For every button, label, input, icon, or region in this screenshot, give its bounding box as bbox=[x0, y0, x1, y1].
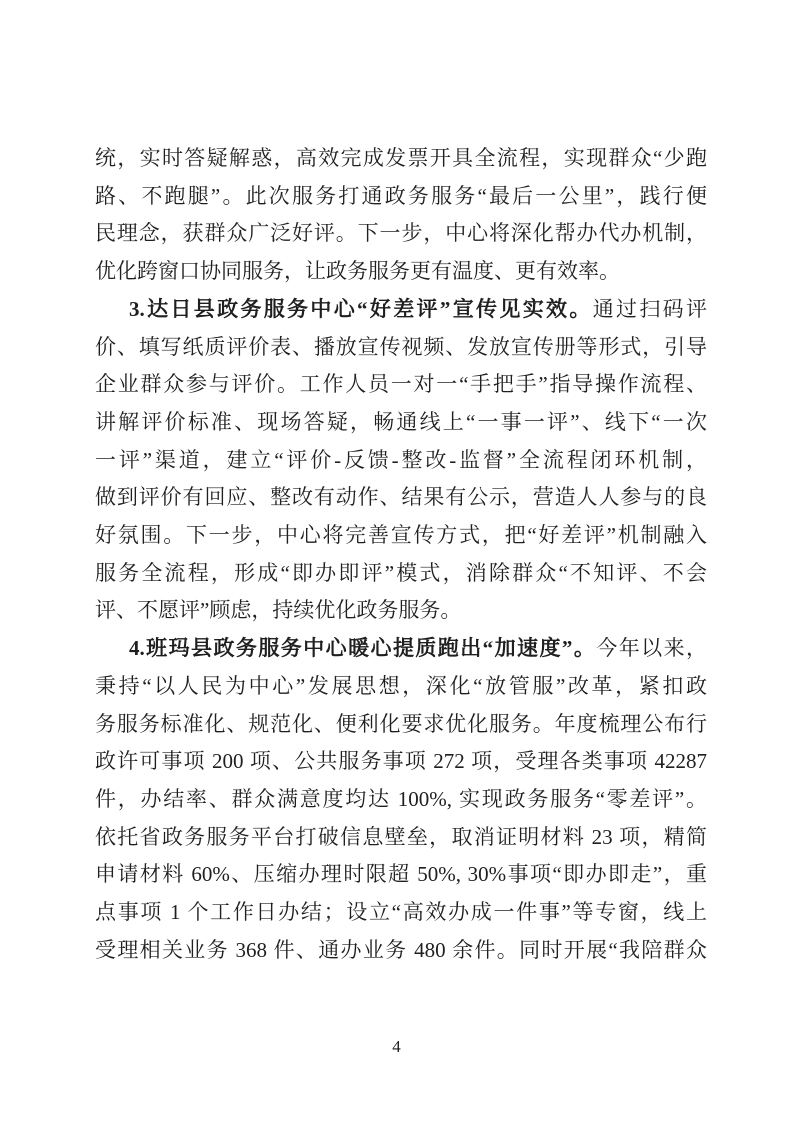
body-text: 好氛围。下一步，中心将完善宣传方式，把“好差评”机制融入 bbox=[95, 523, 707, 547]
body-text: 价、填写纸质评价表、播放宣传视频、发放宣传册等形式，引导 bbox=[95, 335, 707, 359]
body-text: 讲解评价标准、现场答疑，畅通线上“一事一评”、线下“一次 bbox=[95, 410, 707, 434]
paragraph-section-4: 4.班玛县政务服务中心暖心提质跑出“加速度”。今年以来， 秉持“以人民为中心”发… bbox=[95, 630, 707, 969]
text-line: 评、不愿评”顾虑，持续优化政务服务。 bbox=[95, 592, 707, 630]
text-line: 优化跨窗口协同服务，让政务服务更有温度、更有效率。 bbox=[95, 253, 707, 291]
document-page: 统，实时答疑解惑，高效完成发票开具全流程，实现群众“少跑 路、不跑腿”。此次服务… bbox=[0, 0, 793, 1122]
text-line: 政许可事项 200 项、公共服务事项 272 项，受理各类事项 42287 bbox=[95, 743, 707, 781]
body-text: 统，实时答疑解惑，高效完成发票开具全流程，实现群众“少跑 bbox=[95, 146, 707, 170]
text-line: 秉持“以人民为中心”发展思想，深化“放管服”改革，紧扣政 bbox=[95, 668, 707, 706]
body-text: 服务全流程，形成“即办即评”模式，消除群众“不知评、不会 bbox=[95, 561, 707, 585]
text-line: 做到评价有回应、整改有动作、结果有公示，营造人人参与的良 bbox=[95, 479, 707, 517]
text-line: 统，实时答疑解惑，高效完成发票开具全流程，实现群众“少跑 bbox=[95, 140, 707, 178]
body-text: 秉持“以人民为中心”发展思想，深化“放管服”改革，紧扣政 bbox=[95, 674, 707, 698]
text-line: 件，办结率、群众满意度均达 100%, 实现政务服务“零差评”。 bbox=[95, 781, 707, 819]
body-text: 评、不愿评”顾虑，持续优化政务服务。 bbox=[95, 598, 461, 622]
body-text: 企业群众参与评价。工作人员一对一“手把手”指导操作流程、 bbox=[95, 372, 707, 396]
paragraph-section-3: 3.达日县政务服务中心“好差评”宣传见实效。通过扫码评 价、填写纸质评价表、播放… bbox=[95, 291, 707, 630]
body-text: 民理念，获群众广泛好评。下一步，中心将深化帮办代办机制， bbox=[95, 221, 707, 245]
body-text: 受理相关业务 368 件、通办业务 480 余件。同时开展“我陪群众 bbox=[95, 938, 707, 962]
body-text: 点事项 1 个工作日办结；设立“高效办成一件事”等专窗，线上 bbox=[95, 900, 707, 924]
page-number: 4 bbox=[0, 1036, 793, 1058]
body-text: 一评”渠道，建立“评价-反馈-整改-监督”全流程闭环机制， bbox=[95, 448, 707, 472]
text-line: 路、不跑腿”。此次服务打通政务服务“最后一公里”，践行便 bbox=[95, 178, 707, 216]
text-line: 3.达日县政务服务中心“好差评”宣传见实效。通过扫码评 bbox=[95, 291, 707, 329]
text-line: 点事项 1 个工作日办结；设立“高效办成一件事”等专窗，线上 bbox=[95, 894, 707, 932]
text-line: 一评”渠道，建立“评价-反馈-整改-监督”全流程闭环机制， bbox=[95, 442, 707, 480]
section-heading: 3.达日县政务服务中心“好差评”宣传见实效。 bbox=[129, 297, 593, 321]
body-text: 做到评价有回应、整改有动作、结果有公示，营造人人参与的良 bbox=[95, 485, 707, 509]
body-text: 申请材料 60%、压缩办理时限超 50%, 30%事项“即办即走”，重 bbox=[95, 862, 707, 886]
text-line: 讲解评价标准、现场答疑，畅通线上“一事一评”、线下“一次 bbox=[95, 404, 707, 442]
paragraph-continuation: 统，实时答疑解惑，高效完成发票开具全流程，实现群众“少跑 路、不跑腿”。此次服务… bbox=[95, 140, 707, 291]
text-line: 务服务标准化、规范化、便利化要求优化服务。年度梳理公布行 bbox=[95, 706, 707, 744]
text-line: 申请材料 60%、压缩办理时限超 50%, 30%事项“即办即走”，重 bbox=[95, 856, 707, 894]
body-text: 今年以来， bbox=[596, 636, 707, 660]
text-line: 受理相关业务 368 件、通办业务 480 余件。同时开展“我陪群众 bbox=[95, 932, 707, 970]
body-text: 政许可事项 200 项、公共服务事项 272 项，受理各类事项 42287 bbox=[95, 749, 707, 773]
text-line: 好氛围。下一步，中心将完善宣传方式，把“好差评”机制融入 bbox=[95, 517, 707, 555]
body-text: 件，办结率、群众满意度均达 100%, 实现政务服务“零差评”。 bbox=[95, 787, 707, 811]
text-line: 价、填写纸质评价表、播放宣传视频、发放宣传册等形式，引导 bbox=[95, 329, 707, 367]
body-text: 优化跨窗口协同服务，让政务服务更有温度、更有效率。 bbox=[95, 259, 620, 283]
text-line: 4.班玛县政务服务中心暖心提质跑出“加速度”。今年以来， bbox=[95, 630, 707, 668]
text-line: 服务全流程，形成“即办即评”模式，消除群众“不知评、不会 bbox=[95, 555, 707, 593]
text-line: 民理念，获群众广泛好评。下一步，中心将深化帮办代办机制， bbox=[95, 215, 707, 253]
document-text: 统，实时答疑解惑，高效完成发票开具全流程，实现群众“少跑 路、不跑腿”。此次服务… bbox=[95, 140, 707, 969]
text-line: 企业群众参与评价。工作人员一对一“手把手”指导操作流程、 bbox=[95, 366, 707, 404]
section-heading: 4.班玛县政务服务中心暖心提质跑出“加速度”。 bbox=[129, 636, 596, 660]
body-text: 路、不跑腿”。此次服务打通政务服务“最后一公里”，践行便 bbox=[95, 184, 707, 208]
body-text: 通过扫码评 bbox=[593, 297, 707, 321]
body-text: 依托省政务服务平台打破信息壁垒，取消证明材料 23 项，精简 bbox=[95, 825, 707, 849]
text-line: 依托省政务服务平台打破信息壁垒，取消证明材料 23 项，精简 bbox=[95, 819, 707, 857]
body-text: 务服务标准化、规范化、便利化要求优化服务。年度梳理公布行 bbox=[95, 712, 707, 736]
